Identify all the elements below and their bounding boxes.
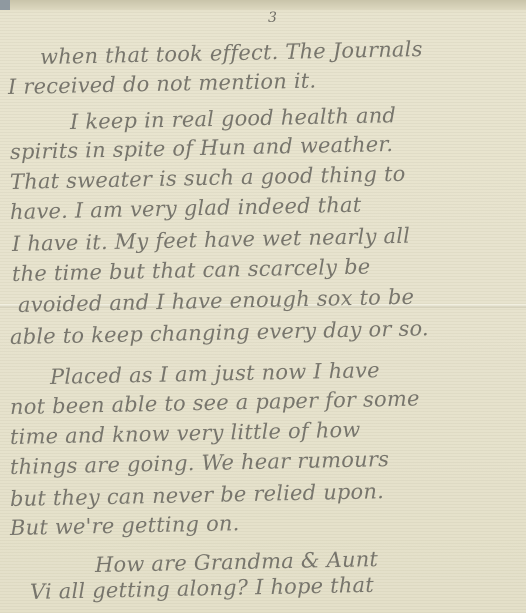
letter-line: time and know very little of how: [10, 418, 361, 449]
letter-line: the time but that can scarcely be: [12, 254, 371, 286]
letter-line: I received do not mention it.: [8, 69, 317, 99]
letter-line: able to keep changing every day or so.: [10, 316, 429, 349]
corner-mark: [0, 0, 10, 10]
letter-line: avoided and I have enough sox to be: [18, 285, 415, 317]
letter-line: I keep in real good health and: [70, 103, 397, 134]
letter-line: spirits in spite of Hun and weather.: [10, 132, 394, 164]
letter-line: Vi all getting along? I hope that: [30, 573, 374, 604]
letter-line: That sweater is such a good thing to: [10, 162, 406, 194]
paper-top-edge: [0, 0, 526, 10]
letter-line: but they can never be relied upon.: [10, 479, 384, 511]
letter-line: I have it. My feet have wet nearly all: [12, 224, 411, 256]
letter-line: things are going. We hear rumours: [10, 447, 390, 479]
letter-line: How are Grandma & Aunt: [95, 547, 379, 577]
letter-line: not been able to see a paper for some: [10, 386, 420, 419]
page-number: 3: [268, 10, 277, 26]
letter-line: Placed as I am just now I have: [50, 358, 380, 389]
letter-line: when that took effect. The Journals: [40, 37, 423, 69]
letter-page: 3 when that took effect. The Journals I …: [0, 0, 526, 613]
letter-line: But we're getting on.: [10, 511, 240, 540]
letter-line: have. I am very glad indeed that: [10, 193, 362, 224]
